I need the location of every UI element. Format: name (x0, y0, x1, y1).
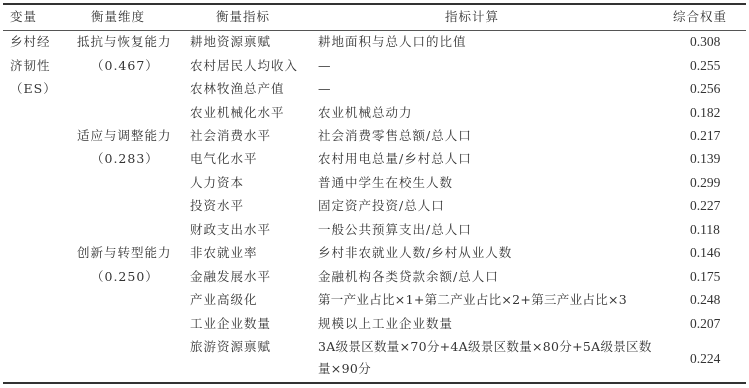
indicator-cell: 耕地资源禀赋 (190, 34, 271, 50)
calculation-cell-line-2: 量×90分 (318, 361, 371, 377)
indicator-cell: 农林牧渔总产值 (190, 81, 285, 97)
weight-cell: 0.256 (690, 81, 720, 97)
indicator-cell: 工业企业数量 (190, 316, 271, 332)
indicator-cell: 非农就业率 (190, 245, 258, 261)
calculation-cell: — (318, 81, 332, 97)
dimension-3-name: 创新与转型能力 (77, 245, 172, 261)
weight-cell: 0.308 (690, 34, 720, 50)
dimension-1-name: 抵抗与恢复能力 (77, 34, 172, 50)
variable-line-3: （ES） (10, 81, 57, 97)
calculation-cell-line-1: 3A级景区数量×70分+4A级景区数量×80分+5A级景区数 (318, 339, 652, 355)
calculation-cell: 固定资产投资/总人口 (318, 198, 445, 214)
indicator-cell: 财政支出水平 (190, 222, 271, 238)
calculation-cell: 规模以上工业企业数量 (318, 316, 453, 332)
indicator-cell: 旅游资源禀赋 (190, 339, 271, 355)
calculation-cell: 耕地面积与总人口的比值 (318, 34, 467, 50)
calculation-cell: 第一产业占比×1+第二产业占比×2+第三产业占比×3 (318, 292, 627, 308)
weight-cell: 0.207 (690, 316, 720, 332)
header-weight: 综合权重 (673, 9, 727, 25)
weight-cell: 0.175 (690, 269, 720, 285)
indicator-cell: 人力资本 (190, 175, 244, 191)
calculation-cell: 金融机构各类贷款余额/总人口 (318, 269, 499, 285)
variable-line-1: 乡村经 (10, 34, 51, 50)
header-indicator: 衡量指标 (216, 9, 270, 25)
header-calculation: 指标计算 (445, 9, 499, 25)
calculation-cell: 农业机械总动力 (318, 105, 413, 121)
indicator-cell: 金融发展水平 (190, 269, 271, 285)
calculation-cell: 农村用电总量/乡村总人口 (318, 151, 472, 167)
header-variable: 变量 (10, 9, 37, 25)
calculation-cell: — (318, 58, 332, 74)
variable-line-2: 济韧性 (10, 58, 51, 74)
calculation-cell: 一般公共预算支出/总人口 (318, 222, 472, 238)
weight-cell: 0.227 (690, 198, 720, 214)
dimension-2-weight: （0.283） (91, 151, 159, 167)
calculation-cell: 乡村非农就业人数/乡村从业人数 (318, 245, 512, 261)
dimension-3-weight: （0.250） (91, 269, 159, 285)
calculation-cell: 普通中学生在校生人数 (318, 175, 453, 191)
indicator-cell: 社会消费水平 (190, 128, 271, 144)
indicator-cell: 电气化水平 (190, 151, 258, 167)
weight-cell: 0.182 (690, 105, 720, 121)
table-header-row: 变量 衡量维度 衡量指标 指标计算 综合权重 (3, 5, 746, 31)
weight-cell: 0.139 (690, 151, 720, 167)
indicator-cell: 产业高级化 (190, 292, 258, 308)
indicator-cell: 投资水平 (190, 198, 244, 214)
weight-cell: 0.248 (690, 292, 720, 308)
calculation-cell: 社会消费零售总额/总人口 (318, 128, 472, 144)
weight-cell: 0.255 (690, 58, 720, 74)
resilience-index-table: 变量 衡量维度 衡量指标 指标计算 综合权重 乡村经 济韧性 （ES） 抵抗与恢… (3, 3, 746, 384)
weight-cell: 0.118 (690, 222, 720, 238)
weight-cell: 0.224 (690, 351, 720, 367)
indicator-cell: 农村居民人均收入 (190, 58, 298, 74)
weight-cell: 0.217 (690, 128, 720, 144)
indicator-cell: 农业机械化水平 (190, 105, 285, 121)
weight-cell: 0.146 (690, 245, 720, 261)
dimension-2-name: 适应与调整能力 (77, 128, 172, 144)
header-dimension: 衡量维度 (91, 9, 145, 25)
weight-cell: 0.299 (690, 175, 720, 191)
dimension-1-weight: （0.467） (91, 58, 159, 74)
